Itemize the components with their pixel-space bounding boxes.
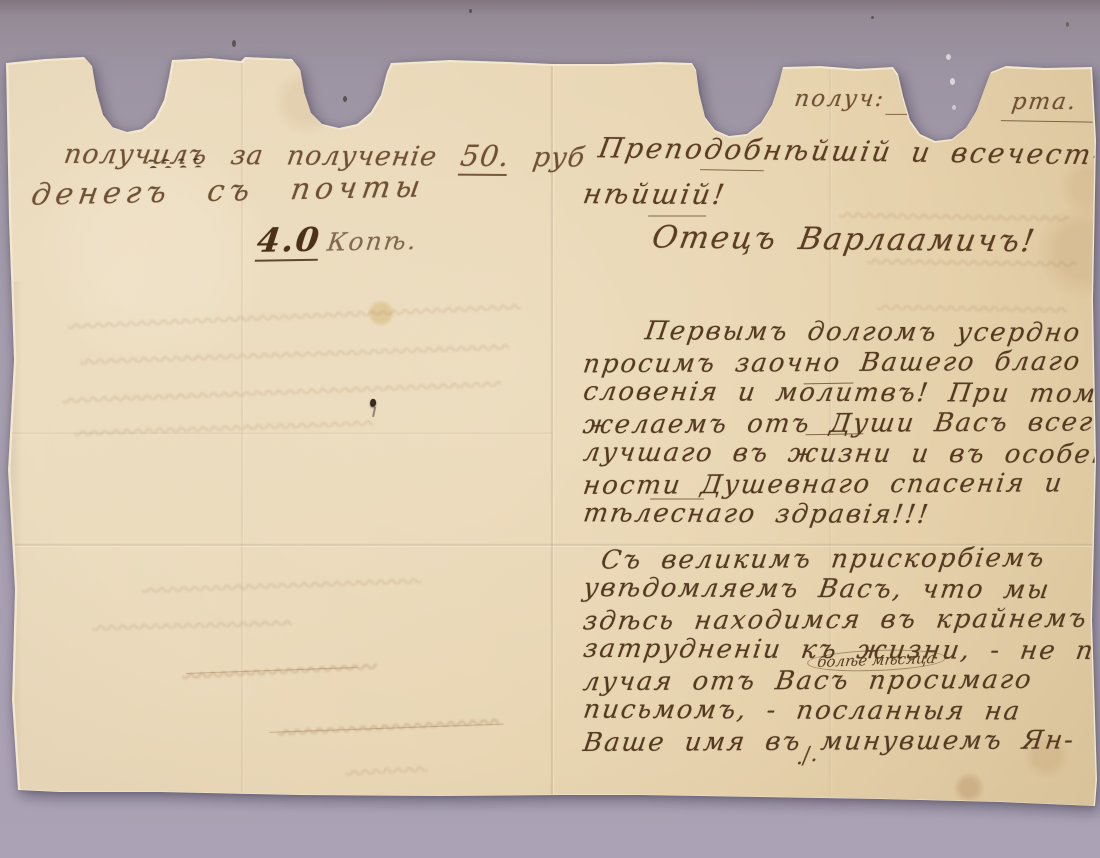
- receipt-rubles-amount: 50.: [458, 139, 512, 176]
- date-month-underline: [1001, 120, 1093, 123]
- receipt-note-line-2: денегъ съ почты: [29, 170, 428, 213]
- body-line: просимъ заочно Вашего благо: [581, 346, 1089, 379]
- body-line: Первымъ долгомъ усердно: [581, 316, 1088, 349]
- address-line: Отецъ Варлаамичъ!: [649, 220, 1038, 260]
- receipt-note-text: получилъ за полученіе: [62, 139, 439, 172]
- body-line: Ваше имя въ минувшемъ Ян-: [581, 725, 1089, 758]
- receipt-note-line-3: 4.0 Копѣ.: [255, 218, 421, 260]
- ghost-show-through: mmmmmmmmmmmmm: [141, 553, 421, 593]
- salutation-underline: [648, 216, 706, 217]
- ghost-show-through: mmmmmmmmmm: [277, 694, 499, 735]
- body-line: лучшаго въ жизни и въ особен: [581, 438, 1088, 471]
- ghost-show-through: mmmmmmmmmmmmmm: [74, 396, 374, 436]
- receipt-kopecks-label: Копѣ.: [326, 226, 420, 256]
- date-blank-underline: [885, 114, 909, 115]
- date-month-fragment: рта.: [1010, 89, 1079, 115]
- photograph-of-letter: mmmmmmmmmmmmmmmmmmmmmm mmmmmmmmmmmmmmmmm…: [0, 0, 1100, 858]
- body-line: ности Душевнаго спасенія и: [581, 468, 1089, 501]
- date-received-label: получ:: [793, 86, 887, 112]
- ghost-show-through: mmmmmmmmm: [92, 596, 292, 631]
- body-line: тѣлеснаго здравія!!!: [581, 498, 1088, 531]
- body-line: желаемъ отъ Души Васъ всего: [581, 407, 1089, 440]
- letter-paper: mmmmmmmmmmmmmmmmmmmmmm mmmmmmmmmmmmmmmmm…: [0, 0, 1100, 858]
- body-word-underline: [650, 499, 704, 500]
- body-line: здѣсь находимся въ крайнемъ: [581, 603, 1089, 636]
- receipt-rubles-label: руб: [531, 142, 588, 173]
- salutation-line-1: Преподобнѣйшій и всечест-: [596, 131, 1100, 171]
- ink-scribble-correction: mmmm: [142, 149, 208, 168]
- salutation-underline: [700, 169, 764, 171]
- body-line: письмомъ, - посланныя на: [581, 695, 1088, 728]
- ghost-show-through: mmmmmmmmmmm: [839, 188, 1069, 222]
- body-line: Съ великимъ прискорбіемъ: [581, 543, 1089, 576]
- ghost-show-through: mmmmmmmmm: [877, 280, 1067, 313]
- receipt-kopecks-amount: 4.0: [255, 220, 323, 262]
- body-line: словенія и молитвъ! При томъ: [581, 377, 1088, 410]
- body-line: увѣдомляемъ Васъ, что мы: [581, 573, 1088, 606]
- letter-sheet: mmmmmmmmmmmmmmmmmmmmmm mmmmmmmmmmmmmmmmm…: [2, 2, 1098, 857]
- salutation-line-2: нѣйшій!: [581, 177, 729, 211]
- continuation-mark: ./.: [795, 742, 818, 771]
- ghost-show-through: mmmm: [344, 742, 427, 776]
- ghost-show-through: mmmmmmmmmmmmmmmmmmmmm: [62, 357, 501, 404]
